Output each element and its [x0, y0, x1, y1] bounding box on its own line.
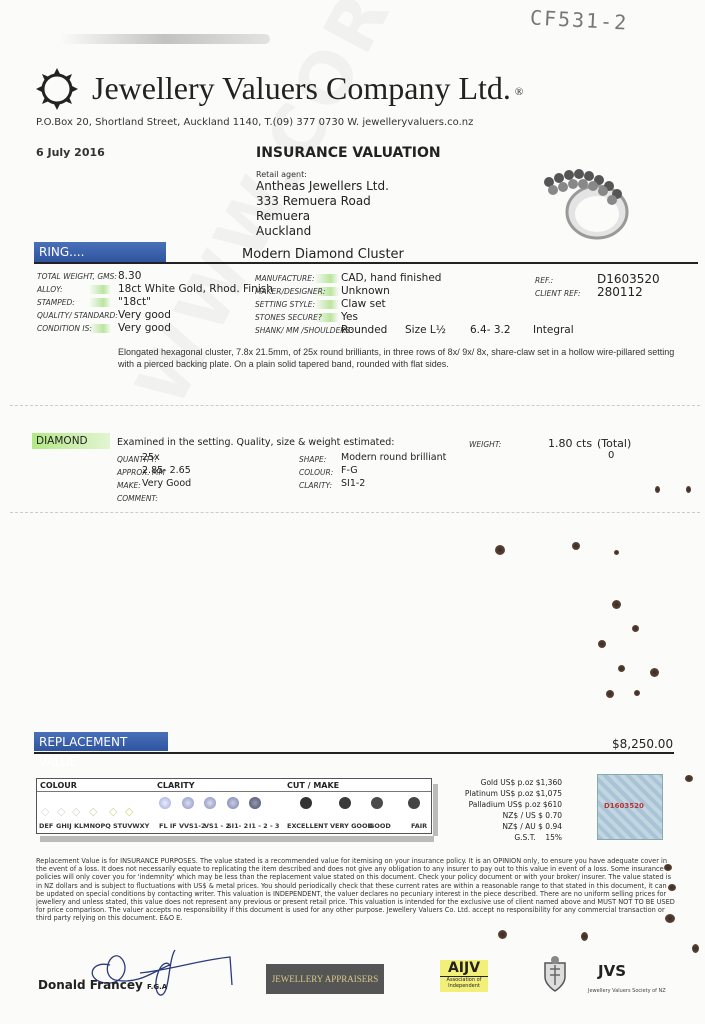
cut-gem-icon	[300, 797, 312, 809]
field-label: MANUFACTURE:	[255, 274, 339, 283]
field-label: QUALITY/ STANDARD:	[37, 311, 118, 320]
stain-mark	[598, 640, 606, 648]
colour-grade-label: DEF	[39, 822, 53, 830]
stain-mark	[632, 625, 639, 632]
clarity-gem-icon	[159, 797, 171, 809]
field-label: STAMPED:	[37, 298, 111, 307]
dashed-divider	[10, 512, 700, 513]
field-label: STONES SECURE?	[255, 313, 339, 322]
colour-gem-icon: ◇	[41, 805, 49, 818]
diamond-intro: Examined in the setting. Quality, size &…	[117, 437, 394, 448]
stain-mark	[498, 930, 507, 939]
stain-mark	[685, 775, 693, 782]
setting-style-value: Claw set	[341, 298, 386, 310]
clarity-gem-icon	[182, 797, 194, 809]
jvs-subtitle: Jewellery Valuers Society of NZ	[588, 988, 666, 994]
clarity-heading: CLARITY	[157, 781, 195, 790]
stamped-value: "18ct"	[118, 296, 151, 308]
cut-grade-label: EXCELLENT	[287, 822, 328, 830]
ring-size-value: Size L½	[405, 324, 446, 336]
weight-label: WEIGHT:	[469, 440, 501, 449]
client-ref-label: CLIENT REF:	[535, 289, 580, 298]
ring-section-tag: RING....	[34, 242, 166, 262]
approx-mm-value: 2.85- 2.65	[142, 465, 191, 476]
colour-grade-label: GHIJ	[56, 822, 72, 830]
colour-value: F-G	[341, 465, 358, 476]
field-label: SETTING STYLE:	[255, 300, 339, 309]
colour-heading: COLOUR	[40, 781, 77, 790]
field-label: CLARITY:	[299, 481, 332, 490]
field-label: ALLOY:	[37, 285, 111, 294]
diamond-section-tag: DIAMOND	[32, 433, 110, 449]
chart-shadow	[433, 784, 438, 836]
cut-grade-label: FAIR	[411, 822, 427, 830]
quantity-value: 25x	[142, 452, 160, 463]
field-label: CONDITION IS:	[37, 324, 111, 333]
colour-grade-label: OPQ	[95, 822, 111, 830]
ref-label: REF.:	[535, 276, 553, 285]
cut-gem-icon	[371, 797, 383, 809]
aijv-logo: AIJV Association of Independent	[440, 960, 488, 992]
field-label: MAKER/DESIGNER:	[255, 287, 339, 296]
stain-mark	[618, 665, 625, 672]
jewellery-appraisers-logo: JEWELLERY APPRAISERS	[266, 964, 384, 994]
hologram-serial: D1603520	[604, 802, 644, 810]
clarity-gem-icon	[249, 797, 261, 809]
colour-grade-label: KLMN	[74, 822, 95, 830]
stain-mark	[668, 884, 676, 891]
make-value: Very Good	[142, 478, 191, 489]
colour-grade-label: STUVWXY	[113, 822, 149, 830]
market-rates: Gold US$ p.oz $1,360 Platinum US$ p.oz $…	[462, 777, 562, 843]
clarity-grade-label: FL IF	[159, 822, 177, 830]
disclaimer-text: Replacement Value is for INSURANCE PURPO…	[36, 857, 676, 923]
cut-heading: CUT / MAKE	[287, 781, 339, 790]
clarity-value: SI1-2	[341, 478, 365, 489]
weight-note: (Total)	[597, 437, 631, 450]
stain-mark	[572, 542, 580, 550]
stones-secure-value: Yes	[341, 311, 358, 323]
stain-mark	[664, 864, 672, 871]
total-weight-value: 8.30	[118, 270, 141, 282]
condition-value: Very good	[118, 322, 171, 334]
dashed-divider	[10, 405, 700, 406]
chart-shadow	[40, 836, 434, 842]
divider	[34, 752, 674, 754]
replacement-value-amount: $8,250.00	[612, 737, 673, 751]
valuation-date: 6 July 2016	[36, 146, 105, 159]
cut-grade-label: VERY GOOD	[330, 822, 373, 830]
weight-mark: 0	[608, 450, 614, 461]
company-address: P.O.Box 20, Shortland Street, Auckland 1…	[36, 117, 473, 128]
shank-mm-value: 6.4- 3.2	[470, 324, 511, 336]
stain-mark	[665, 914, 675, 923]
colour-gem-icon: ◇	[125, 805, 133, 818]
shape-value: Modern round brilliant	[341, 452, 446, 463]
field-label: COLOUR:	[299, 468, 333, 477]
security-hologram: D1603520	[597, 774, 663, 840]
maker-value: Unknown	[341, 285, 390, 297]
stain-mark	[692, 944, 699, 953]
coat-of-arms-icon	[540, 955, 570, 993]
ref-value: D1603520	[597, 272, 660, 286]
field-label: TOTAL WEIGHT, Gms:	[37, 272, 117, 281]
stain-mark	[495, 545, 505, 555]
replacement-value-tag: REPLACEMENT VALUE	[34, 732, 168, 751]
colour-gem-icon: ◇	[89, 805, 97, 818]
retail-agent-label: Retail agent:	[256, 170, 307, 179]
field-label: COMMENT:	[117, 494, 158, 503]
clarity-gem-icon	[227, 797, 239, 809]
cut-gem-icon	[408, 797, 420, 809]
cut-grade-label: GOOD	[369, 822, 391, 830]
company-logo-icon	[34, 66, 80, 112]
retail-agent-address: Antheas Jewellers Ltd. 333 Remuera Road …	[256, 179, 389, 239]
colour-gem-icon: ◇	[72, 805, 80, 818]
stain-mark	[612, 600, 621, 609]
clarity-gem-icon	[204, 797, 216, 809]
company-name: Jewellery Valuers Company Ltd.®	[92, 70, 523, 107]
shoulders-value: Integral	[533, 324, 574, 336]
colour-gem-icon: ◇	[57, 805, 65, 818]
weight-value: 1.80 cts	[548, 437, 592, 450]
stain-mark	[581, 932, 588, 941]
clarity-grade-label: VVS1-2	[179, 822, 206, 830]
stain-mark	[634, 690, 640, 696]
scan-smudge	[60, 34, 270, 44]
stain-mark	[686, 486, 691, 493]
stain-mark	[614, 550, 619, 555]
manufacture-value: CAD, hand finished	[341, 272, 441, 284]
field-label: MAKE:	[117, 481, 141, 490]
colour-gem-icon: ◇	[109, 805, 117, 818]
alloy-value: 18ct White Gold, Rhod. Finish	[118, 283, 273, 295]
stain-mark	[606, 690, 614, 698]
client-ref-value: 280112	[597, 285, 643, 299]
grading-chart: COLOUR CLARITY CUT / MAKE ◇ ◇ ◇ ◇ ◇ ◇ DE…	[36, 778, 432, 834]
clarity-grade-label: SI1- 2	[227, 822, 248, 830]
stain-mark	[650, 668, 659, 677]
handwritten-reference: CF531-2	[529, 5, 628, 34]
ring-description-title: Modern Diamond Cluster	[242, 247, 404, 262]
field-label: SHAPE:	[299, 455, 326, 464]
signer-name: Donald Francey F.G.A	[38, 978, 167, 992]
field-label: SHANK/ mm /SHOULDERS:	[255, 326, 353, 335]
quality-value: Very good	[118, 309, 171, 321]
jvs-logo: JVS	[598, 962, 626, 980]
document-title: INSURANCE VALUATION	[256, 145, 441, 161]
cut-gem-icon	[339, 797, 351, 809]
shank-value: Rounded	[341, 324, 387, 336]
stain-mark	[655, 486, 660, 493]
ring-photo	[535, 150, 655, 250]
clarity-grade-label: I1 - 2 - 3	[249, 822, 279, 830]
ring-description: Elongated hexagonal cluster, 7.8x 21.5mm…	[118, 346, 678, 370]
divider	[34, 262, 698, 264]
